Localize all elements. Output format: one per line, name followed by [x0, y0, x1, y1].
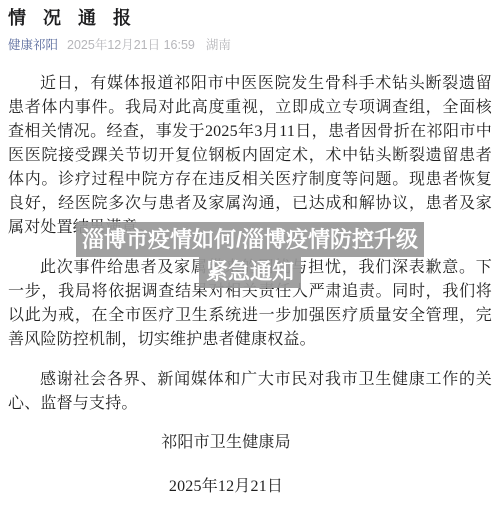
signature-organization: 祁阳市卫生健康局: [8, 433, 444, 453]
publish-timestamp: 2025年12月21日 16:59: [67, 38, 195, 52]
article-body: 近日，有媒体报道祁阳市中医医院发生骨科手术钻头断裂遗留患者体内事件。我局对此高度…: [0, 72, 500, 497]
source-account-link[interactable]: 健康祁阳: [8, 38, 58, 52]
paragraph-1: 近日，有媒体报道祁阳市中医医院发生骨科手术钻头断裂遗留患者体内事件。我局对此高度…: [8, 72, 492, 240]
paragraph-2: 此次事件给患者及家属带来的困扰与担忧，我们深表歉意。下一步，我局将依据调查结果对…: [8, 256, 492, 352]
page-title: 情 况 通 报: [8, 8, 500, 28]
paragraph-3: 感谢社会各界、新闻媒体和广大市民对我市卫生健康工作的关心、监督与支持。: [8, 368, 492, 416]
signature-date: 2025年12月21日: [8, 477, 444, 497]
article-meta: 健康祁阳 2025年12月21日 16:59 湖南: [8, 38, 500, 52]
signature-block: 祁阳市卫生健康局 2025年12月21日: [8, 433, 492, 497]
publish-region: 湖南: [206, 38, 231, 52]
